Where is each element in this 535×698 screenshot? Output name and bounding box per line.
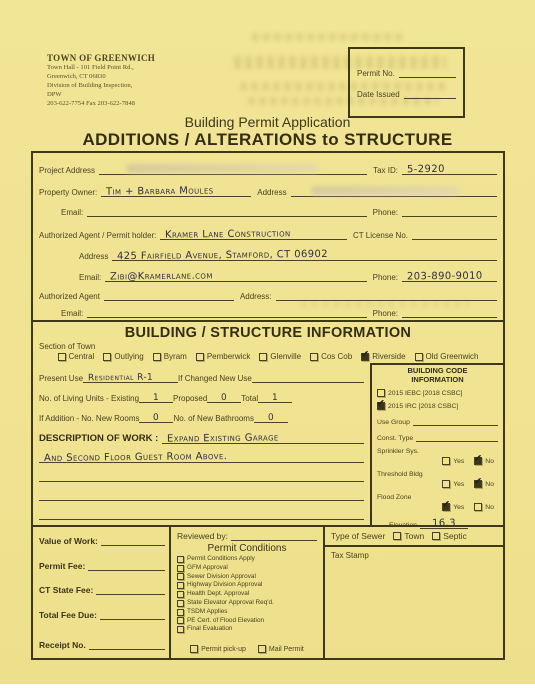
flood-zone-label: Flood Zone: [377, 494, 498, 501]
permit-fee-row: Permit Fee:: [39, 560, 165, 571]
checkbox-icon: [177, 600, 184, 607]
review-column: Reviewed by: Permit Conditions Permit Co…: [169, 527, 323, 658]
condition-label: GFM Approval: [187, 564, 228, 573]
section-of-town-options: Central Outlying Byram Pemberwick Glenvi…: [33, 351, 503, 363]
project-address-row: Project Address Tax ID: 5-2920: [39, 156, 497, 175]
description-value-2: And Second Floor Guest Room Above.: [44, 451, 227, 464]
org-address-line: DPW: [47, 90, 155, 99]
checkbox-icon: [393, 532, 401, 540]
permit-no-row: Permit No.: [357, 67, 456, 78]
reviewed-by-field: [231, 532, 317, 541]
sewer-town-label: Town: [404, 531, 424, 541]
proposed-label: Proposed: [173, 394, 207, 403]
checkbox-icon: [361, 353, 369, 361]
addition-label: If Addition - No. New Rooms: [39, 414, 139, 423]
checkbox-icon: [432, 532, 440, 540]
new-bathrooms-label: No. of New Bathrooms: [173, 414, 253, 423]
const-type-field: [416, 433, 498, 442]
use-group-label: Use Group: [377, 419, 410, 426]
const-type-row: Const. Type: [377, 433, 498, 442]
total-units-value: 1: [258, 393, 292, 403]
checkbox-icon: [442, 503, 450, 511]
org-address-block: TOWN OF GREENWICH Town Hall - 101 Field …: [47, 53, 155, 108]
condition-item: Sewer Division Approval: [177, 573, 317, 582]
threshold-group: Threshold Bldg Yes No: [377, 471, 498, 488]
town-option-label: Cos Cob: [321, 352, 352, 361]
yes-label: Yes: [453, 458, 464, 465]
condition-label: Final Evaluation: [187, 625, 232, 634]
condition-label: PE Cert. of Flood Elevation: [187, 617, 264, 626]
agent-email-field: Zibi@Kramerlane.com: [105, 271, 366, 282]
checkbox-icon: [474, 457, 482, 465]
agent-address-row: Address 425 Fairfield Avenue, Stamford, …: [39, 240, 497, 261]
org-address-line: Greenwich, CT 06830: [47, 72, 155, 81]
date-issued-label: Date Issued: [357, 90, 400, 99]
form-subtitle: Building Permit Application: [0, 114, 535, 130]
owner-email-field: [87, 206, 366, 217]
permit-number-box: Permit No. Date Issued: [348, 47, 465, 118]
fees-and-review-section: Value of Work: Permit Fee: CT State Fee:…: [33, 525, 503, 658]
redacted-smudge: [126, 164, 319, 173]
email-label: Email:: [79, 273, 105, 282]
checkbox-icon: [258, 645, 266, 653]
bleed-through-text: [252, 33, 402, 41]
applicant-section: Project Address Tax ID: 5-2920 Property …: [33, 153, 503, 318]
reviewed-by-row: Reviewed by:: [177, 531, 317, 541]
authorized-agent2-label: Authorized Agent: [39, 292, 104, 301]
elevation-field: 16.3: [420, 518, 468, 529]
threshold-yes-no: Yes No: [377, 480, 498, 488]
if-changed-label: If Changed New Use: [178, 374, 252, 383]
const-type-label: Const. Type: [377, 435, 413, 442]
org-address-line: Town Hall - 101 Field Point Rd.,: [47, 63, 155, 72]
redacted-smudge: [311, 186, 460, 195]
checkbox-icon: [377, 402, 385, 410]
description-field-1: Expand Existing Garage: [162, 433, 364, 444]
receipt-no-label: Receipt No.: [39, 640, 86, 650]
agent-holder-value: Kramer Lane Construction: [165, 228, 291, 240]
no-label: No: [485, 458, 494, 465]
town-option: Cos Cob: [310, 352, 352, 361]
present-use-row: Present Use Residential R-1 If Changed N…: [39, 363, 364, 383]
permit-no-field: [399, 67, 456, 78]
checkbox-icon: [442, 480, 450, 488]
use-and-description-column: Present Use Residential R-1 If Changed N…: [33, 363, 370, 525]
description-line-2: And Second Floor Guest Room Above.: [39, 444, 364, 463]
present-use-value: Residential R-1: [88, 373, 153, 384]
town-option-label: Byram: [164, 352, 187, 361]
town-option-label: Outlying: [114, 352, 143, 361]
town-option-label: Old Greenwich: [426, 352, 479, 361]
fees-column: Value of Work: Permit Fee: CT State Fee:…: [33, 527, 169, 658]
condition-label: Highway Division Approval: [187, 581, 262, 590]
mail-permit-label: Mail Permit: [269, 646, 304, 653]
owner-address-label: Address: [251, 188, 290, 197]
receipt-no-row: Receipt No.: [39, 639, 165, 650]
existing-units-field: 1: [139, 392, 173, 403]
description-field-2: And Second Floor Guest Room Above.: [39, 452, 364, 463]
delivery-options-row: Permit pick-up Mail Permit: [177, 645, 317, 655]
proposed-units-value: 0: [207, 393, 241, 403]
checkbox-icon: [474, 503, 482, 511]
property-owner-label: Property Owner:: [39, 188, 101, 197]
town-option: Old Greenwich: [415, 352, 479, 361]
permit-fee-field: [88, 560, 165, 571]
flood-zone-group: Flood Zone Yes No: [377, 494, 498, 511]
type-of-sewer-label: Type of Sewer: [331, 531, 385, 541]
checkbox-icon: [58, 353, 66, 361]
town-option-label: Central: [69, 352, 95, 361]
sewer-tax-column: Type of Sewer Town Septic Tax Stamp: [323, 527, 503, 658]
checkbox-icon: [310, 353, 318, 361]
section-of-town-label: Section of Town: [33, 341, 503, 351]
pickup-label: Permit pick-up: [201, 646, 246, 653]
checkbox-icon: [377, 389, 385, 397]
condition-item: State Elevator Approval Req'd.: [177, 599, 317, 608]
address2-label: Address:: [234, 292, 276, 301]
form-title: ADDITIONS / ALTERATIONS to STRUCTURE: [0, 130, 535, 150]
type-of-sewer-row: Type of Sewer Town Septic: [325, 527, 503, 547]
ct-license-field: [412, 229, 497, 240]
town-option-label: Glenville: [270, 352, 301, 361]
checkbox-icon: [177, 565, 184, 572]
blank-line: [39, 463, 364, 482]
permit-no-label: Permit No.: [357, 69, 395, 78]
authorized-agent2-field: [104, 290, 234, 301]
agent2-email-row: Email: Phone:: [39, 301, 497, 318]
condition-item: Permit Conditions Apply: [177, 555, 317, 564]
proposed-units-field: 0: [207, 392, 241, 403]
agent-holder-field: Kramer Lane Construction: [160, 229, 347, 240]
receipt-no-field: [89, 639, 165, 650]
total-fee-due-row: Total Fee Due:: [39, 609, 165, 620]
tax-id-field: 5-2920: [402, 164, 497, 175]
existing-units-value: 1: [139, 393, 173, 403]
permit-conditions-title: Permit Conditions: [177, 543, 317, 554]
addition-row: If Addition - No. New Rooms 0 No. of New…: [39, 403, 364, 423]
elevation-value: 16.3: [420, 518, 468, 530]
checkbox-icon: [196, 353, 204, 361]
living-units-row: No. of Living Units - Existing 1 Propose…: [39, 383, 364, 403]
new-rooms-field: 0: [139, 412, 173, 423]
email-label: Email:: [61, 309, 87, 318]
yes-label: Yes: [453, 481, 464, 488]
value-of-work-field: [101, 535, 165, 546]
date-issued-row: Date Issued: [357, 88, 456, 99]
property-owner-value: Tim + Barbara Moules: [106, 185, 214, 197]
permit-fee-label: Permit Fee:: [39, 561, 85, 571]
owner-email-row: Email: Phone:: [39, 197, 497, 217]
agent2-phone-field: [402, 307, 497, 318]
building-code-box: BUILDING CODE INFORMATION 2015 IEBC [201…: [370, 363, 503, 525]
total-fee-due-field: [100, 609, 165, 620]
tax-id-value: 5-2920: [407, 164, 445, 175]
blank-line: [39, 501, 364, 520]
new-bathrooms-field: 0: [254, 412, 288, 423]
code-option: 2015 IEBC [2018 CSBC]: [377, 389, 498, 397]
org-name: TOWN OF GREENWICH: [47, 53, 155, 63]
yes-label: Yes: [453, 504, 464, 511]
phone-label: Phone:: [367, 273, 402, 282]
total-fee-due-label: Total Fee Due:: [39, 610, 97, 620]
new-rooms-value: 0: [139, 413, 173, 423]
checkbox-icon: [474, 480, 482, 488]
agent-phone-value: 203-890-9010: [407, 271, 483, 283]
building-code-title: INFORMATION: [377, 376, 498, 385]
org-address-line: Division of Building Inspection,: [47, 81, 155, 90]
town-option-label: Riverside: [372, 352, 405, 361]
date-issued-field: [404, 88, 456, 99]
checkbox-icon: [177, 582, 184, 589]
condition-item: Health Dept. Approval: [177, 590, 317, 599]
new-bathrooms-value: 0: [254, 413, 288, 423]
condition-label: TSDM Applies: [187, 608, 228, 617]
checkbox-icon: [259, 353, 267, 361]
tax-stamp-label: Tax Stamp: [325, 547, 503, 564]
no-label: No: [485, 504, 494, 511]
checkbox-icon: [177, 591, 184, 598]
ct-license-label: CT License No.: [347, 231, 412, 240]
address2-field: [276, 290, 497, 301]
condition-item: PE Cert. of Flood Elevation: [177, 617, 317, 626]
use-group-row: Use Group: [377, 417, 498, 426]
checkbox-icon: [177, 573, 184, 580]
town-option: Byram: [153, 352, 187, 361]
sewer-septic-label: Septic: [443, 531, 467, 541]
agent-holder-row: Authorized Agent / Permit holder: Kramer…: [39, 217, 497, 240]
description-row: DESCRIPTION OF WORK : Expand Existing Ga…: [39, 423, 364, 444]
condition-item: Final Evaluation: [177, 625, 317, 634]
blank-field: [39, 471, 364, 482]
blank-line: [39, 482, 364, 501]
condition-item: TSDM Applies: [177, 608, 317, 617]
blank-field: [39, 490, 364, 501]
checkbox-icon: [177, 609, 184, 616]
project-address-field: [99, 164, 367, 175]
value-of-work-row: Value of Work:: [39, 535, 165, 546]
phone-label: Phone:: [367, 309, 402, 318]
checkbox-icon: [103, 353, 111, 361]
checkbox-icon: [442, 457, 450, 465]
ct-state-fee-row: CT State Fee:: [39, 584, 165, 595]
agent-email-value: Zibi@Kramerlane.com: [110, 270, 213, 282]
flood-yes-no: Yes No: [377, 503, 498, 511]
authorized-agent2-row: Authorized Agent Address:: [39, 282, 497, 301]
checkbox-icon: [153, 353, 161, 361]
agent-address-value: 425 Fairfield Avenue, Stamford, CT 06902: [117, 249, 328, 262]
sprinkler-yes-no: Yes No: [377, 457, 498, 465]
checkbox-icon: [415, 353, 423, 361]
checkbox-icon: [177, 556, 184, 563]
agent-email-row: Email: Zibi@Kramerlane.com Phone: 203-89…: [39, 261, 497, 282]
code-option-label: 2015 IEBC [2018 CSBC]: [388, 390, 462, 397]
present-use-label: Present Use: [39, 374, 83, 383]
present-use-field: Residential R-1: [83, 372, 178, 383]
scanned-permit-form: TOWN OF GREENWICH Town Hall - 101 Field …: [0, 0, 535, 691]
town-option: Riverside: [361, 352, 405, 361]
new-use-field: [252, 372, 364, 383]
value-of-work-label: Value of Work:: [39, 536, 98, 546]
town-option: Pemberwick: [196, 352, 251, 361]
code-option: 2015 IRC [2018 CSBC]: [377, 402, 498, 410]
total-units-field: 1: [258, 392, 292, 403]
email-label: Email:: [61, 208, 87, 217]
total-label: Total: [241, 394, 258, 403]
use-group-field: [413, 417, 498, 426]
agent-phone-field: 203-890-9010: [402, 271, 497, 282]
phone-label: Phone:: [367, 208, 402, 217]
condition-label: Permit Conditions Apply: [187, 555, 255, 564]
sprinkler-group: Sprinkler Sys. Yes No: [377, 448, 498, 465]
owner-address-field: [291, 186, 497, 197]
town-option: Outlying: [103, 352, 143, 361]
code-option-label: 2015 IRC [2018 CSBC]: [388, 403, 458, 410]
condition-label: Health Dept. Approval: [187, 590, 249, 599]
no-label: No: [485, 481, 494, 488]
agent2-email-field: [87, 307, 366, 318]
description-value-1: Expand Existing Garage: [167, 432, 279, 444]
condition-label: State Elevator Approval Req'd.: [187, 599, 274, 608]
condition-label: Sewer Division Approval: [187, 573, 256, 582]
checkbox-icon: [190, 645, 198, 653]
checkbox-icon: [177, 626, 184, 633]
living-units-label: No. of Living Units - Existing: [39, 394, 139, 403]
tax-id-label: Tax ID:: [367, 166, 402, 175]
agent-address-label: Address: [79, 252, 112, 261]
property-owner-field: Tim + Barbara Moules: [101, 186, 251, 197]
ct-state-fee-field: [96, 584, 165, 595]
description-label: DESCRIPTION OF WORK :: [39, 433, 162, 444]
ct-state-fee-label: CT State Fee:: [39, 585, 93, 595]
town-option-label: Pemberwick: [207, 352, 251, 361]
condition-item: GFM Approval: [177, 564, 317, 573]
reviewed-by-label: Reviewed by:: [177, 531, 228, 541]
town-option: Central: [58, 352, 95, 361]
blank-field: [39, 509, 364, 520]
property-owner-row: Property Owner: Tim + Barbara Moules Add…: [39, 175, 497, 197]
scan-edge: [0, 684, 535, 691]
checkbox-icon: [177, 617, 184, 624]
building-info-header: BUILDING / STRUCTURE INFORMATION: [33, 322, 503, 341]
org-address-line: 203-622-7754 Fax 203-622-7848: [47, 99, 155, 108]
agent-holder-label: Authorized Agent / Permit holder:: [39, 231, 160, 240]
town-option: Glenville: [259, 352, 301, 361]
project-address-label: Project Address: [39, 166, 99, 175]
agent-address-field: 425 Fairfield Avenue, Stamford, CT 06902: [112, 250, 497, 261]
info-columns: Present Use Residential R-1 If Changed N…: [33, 363, 503, 525]
form-body: Project Address Tax ID: 5-2920 Property …: [31, 151, 505, 660]
condition-item: Highway Division Approval: [177, 581, 317, 590]
owner-phone-field: [402, 206, 497, 217]
